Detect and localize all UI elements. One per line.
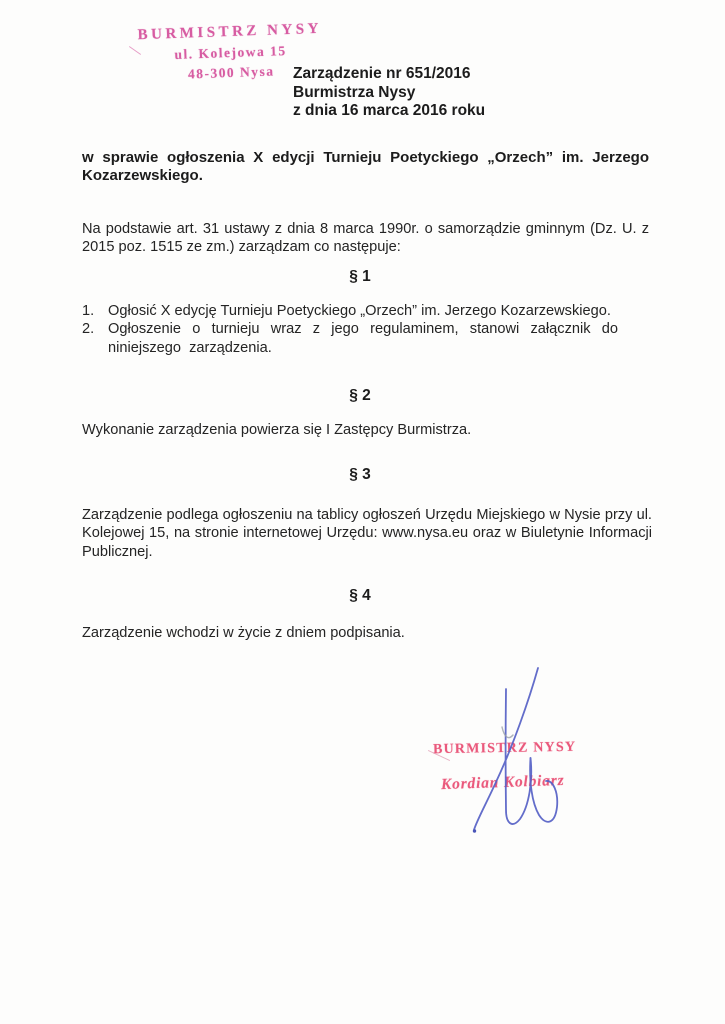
list-item-1-number: 1. [82, 302, 108, 320]
issuer: Burmistrza Nysy [293, 84, 485, 103]
section-2-header: § 2 [82, 387, 638, 405]
list-item-2: 2. Ogłoszenie o turnieju wraz z jego reg… [82, 320, 649, 357]
issue-date: z dnia 16 marca 2016 roku [293, 102, 485, 121]
section-1-header: § 1 [82, 268, 638, 286]
section-4-header: § 4 [82, 587, 638, 605]
list-item-1: 1. Ogłosić X edycję Turnieju Poetyckiego… [82, 302, 649, 320]
signature-stamp-name: Kordian Kolbiarz [441, 772, 565, 794]
scanned-document-page: BURMISTRZ NYSY ul. Kolejowa 15 48-300 Ny… [0, 0, 725, 1024]
section-3-paragraph: Zarządzenie podlega ogłoszeniu na tablic… [82, 506, 652, 561]
signature-ink-dot [473, 829, 476, 832]
section-2-paragraph: Wykonanie zarządzenia powierza się I Zas… [82, 421, 649, 439]
section-4-paragraph: Zarządzenie wchodzi w życie z dniem podp… [82, 624, 649, 642]
document-header: Zarządzenie nr 651/2016 Burmistrza Nysy … [293, 65, 485, 121]
section-1-list: 1. Ogłosić X edycję Turnieju Poetyckiego… [82, 302, 649, 357]
list-item-2-text: Ogłoszenie o turnieju wraz z jego regula… [108, 320, 618, 357]
list-item-2-number: 2. [82, 320, 108, 338]
section-3-header: § 3 [82, 466, 638, 484]
signature-stamp-title: BURMISTRZ NYSY [433, 740, 573, 758]
list-item-1-text: Ogłosić X edycję Turnieju Poetyckiego „O… [108, 302, 649, 320]
legal-basis-paragraph: Na podstawie art. 31 ustawy z dnia 8 mar… [82, 220, 649, 257]
ordinance-number: Zarządzenie nr 651/2016 [293, 65, 485, 84]
signature-faint-hook [502, 727, 513, 738]
subject-line: w sprawie ogłoszenia X edycji Turnieju P… [82, 149, 649, 186]
